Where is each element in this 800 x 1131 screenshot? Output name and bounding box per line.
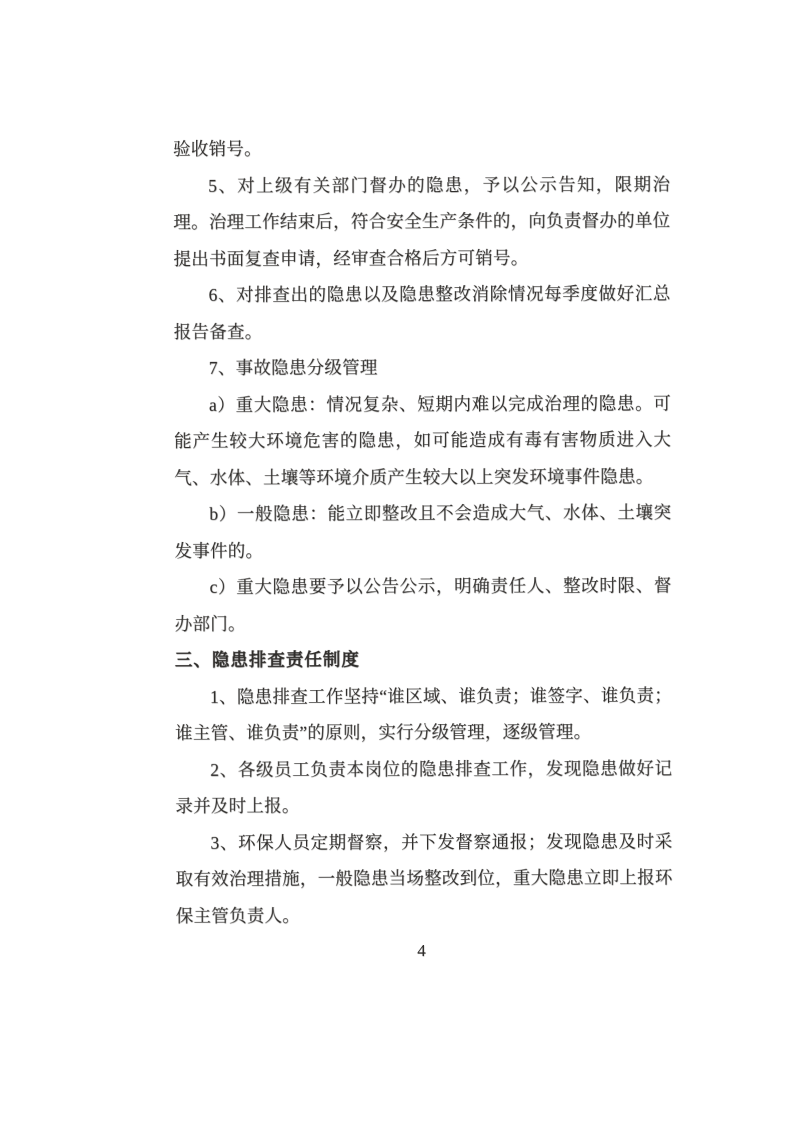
document-text-block: 验收销号。 5、对上级有关部门督办的隐患，予以公示告知，限期治理。治理工作结束后… bbox=[173, 129, 673, 934]
paragraph-item-6: 6、对排查出的隐患以及隐患整改消除情况每季度做好汇总报告备查。 bbox=[174, 275, 671, 350]
paragraph-item-3: 3、环保人员定期督察，并下发督察通报；发现隐患及时采取有效治理措施，一般隐患当场… bbox=[175, 823, 672, 934]
scanned-document-page: 验收销号。 5、对上级有关部门督办的隐患，予以公示告知，限期治理。治理工作结束后… bbox=[0, 0, 800, 1131]
page-number: 4 bbox=[173, 941, 670, 961]
paragraph-item-7: 7、事故隐患分级管理 bbox=[174, 348, 671, 386]
paragraph-item-c: c）重大隐患要予以公告公示，明确责任人、整改时限、督办部门。 bbox=[175, 567, 672, 642]
paragraph-item-a: a）重大隐患：情况复杂、短期内难以完成治理的隐患。可能产生较大环境危害的隐患，如… bbox=[174, 385, 671, 496]
paragraph-continuation: 验收销号。 bbox=[173, 129, 670, 167]
paragraph-item-5: 5、对上级有关部门督办的隐患，予以公示告知，限期治理。治理工作结束后，符合安全生… bbox=[173, 166, 670, 277]
paragraph-item-b: b）一般隐患：能立即整改且不会造成大气、水体、土壤突发事件的。 bbox=[174, 494, 671, 569]
paragraph-item-1: 1、隐患排查工作坚持“谁区域、谁负责；谁签字、谁负责；谁主管、谁负责”的原则，实… bbox=[175, 677, 672, 752]
paragraph-item-2: 2、各级员工负责本岗位的隐患排查工作，发现隐患做好记录并及时上报。 bbox=[175, 750, 672, 825]
section-heading: 三、隐患排查责任制度 bbox=[175, 640, 672, 678]
